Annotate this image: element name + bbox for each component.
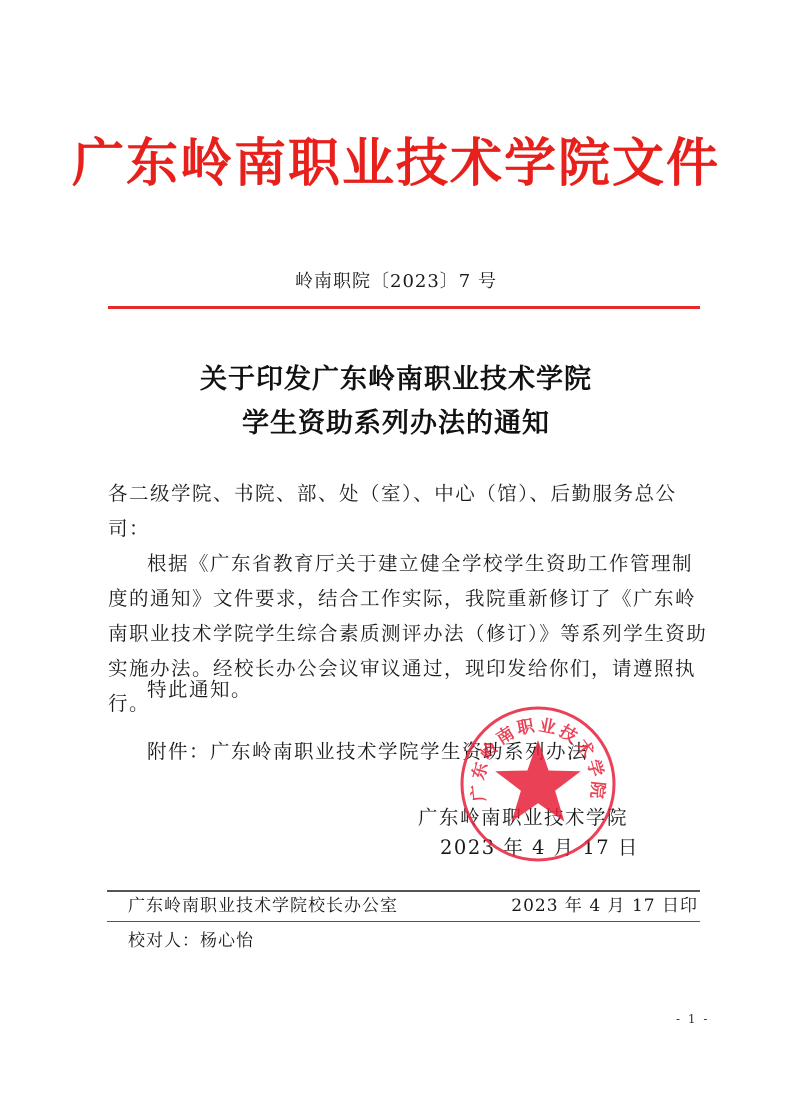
proofreader: 校对人：杨心怡 [128, 928, 254, 954]
page-number: - 1 - [676, 1012, 709, 1026]
footer-print-date: 2023 年 4 月 17 日印 [511, 893, 698, 919]
footer-rule-top [107, 890, 700, 892]
red-divider [108, 306, 700, 309]
title-line-2: 学生资助系列办法的通知 [0, 402, 792, 446]
issue-date: 2023 年 4 月 17 日 [440, 830, 639, 865]
closing-remark: 特此通知。 [147, 672, 252, 707]
footer-rule-bottom [107, 921, 700, 922]
salutation: 各二级学院、书院、部、处（室）、中心（馆）、后勤服务总公司： [108, 476, 708, 546]
footer-office: 广东岭南职业技术学院校长办公室 [128, 893, 398, 919]
document-number: 岭南职院〔2023〕7 号 [0, 268, 792, 296]
document-title: 关于印发广东岭南职业技术学院 学生资助系列办法的通知 [0, 358, 792, 446]
attachment-line: 附件：广东岭南职业技术学院学生资助系列办法 [147, 734, 588, 769]
title-line-1: 关于印发广东岭南职业技术学院 [0, 358, 792, 402]
document-masthead: 广东岭南职业技术学院文件 [0, 132, 792, 196]
